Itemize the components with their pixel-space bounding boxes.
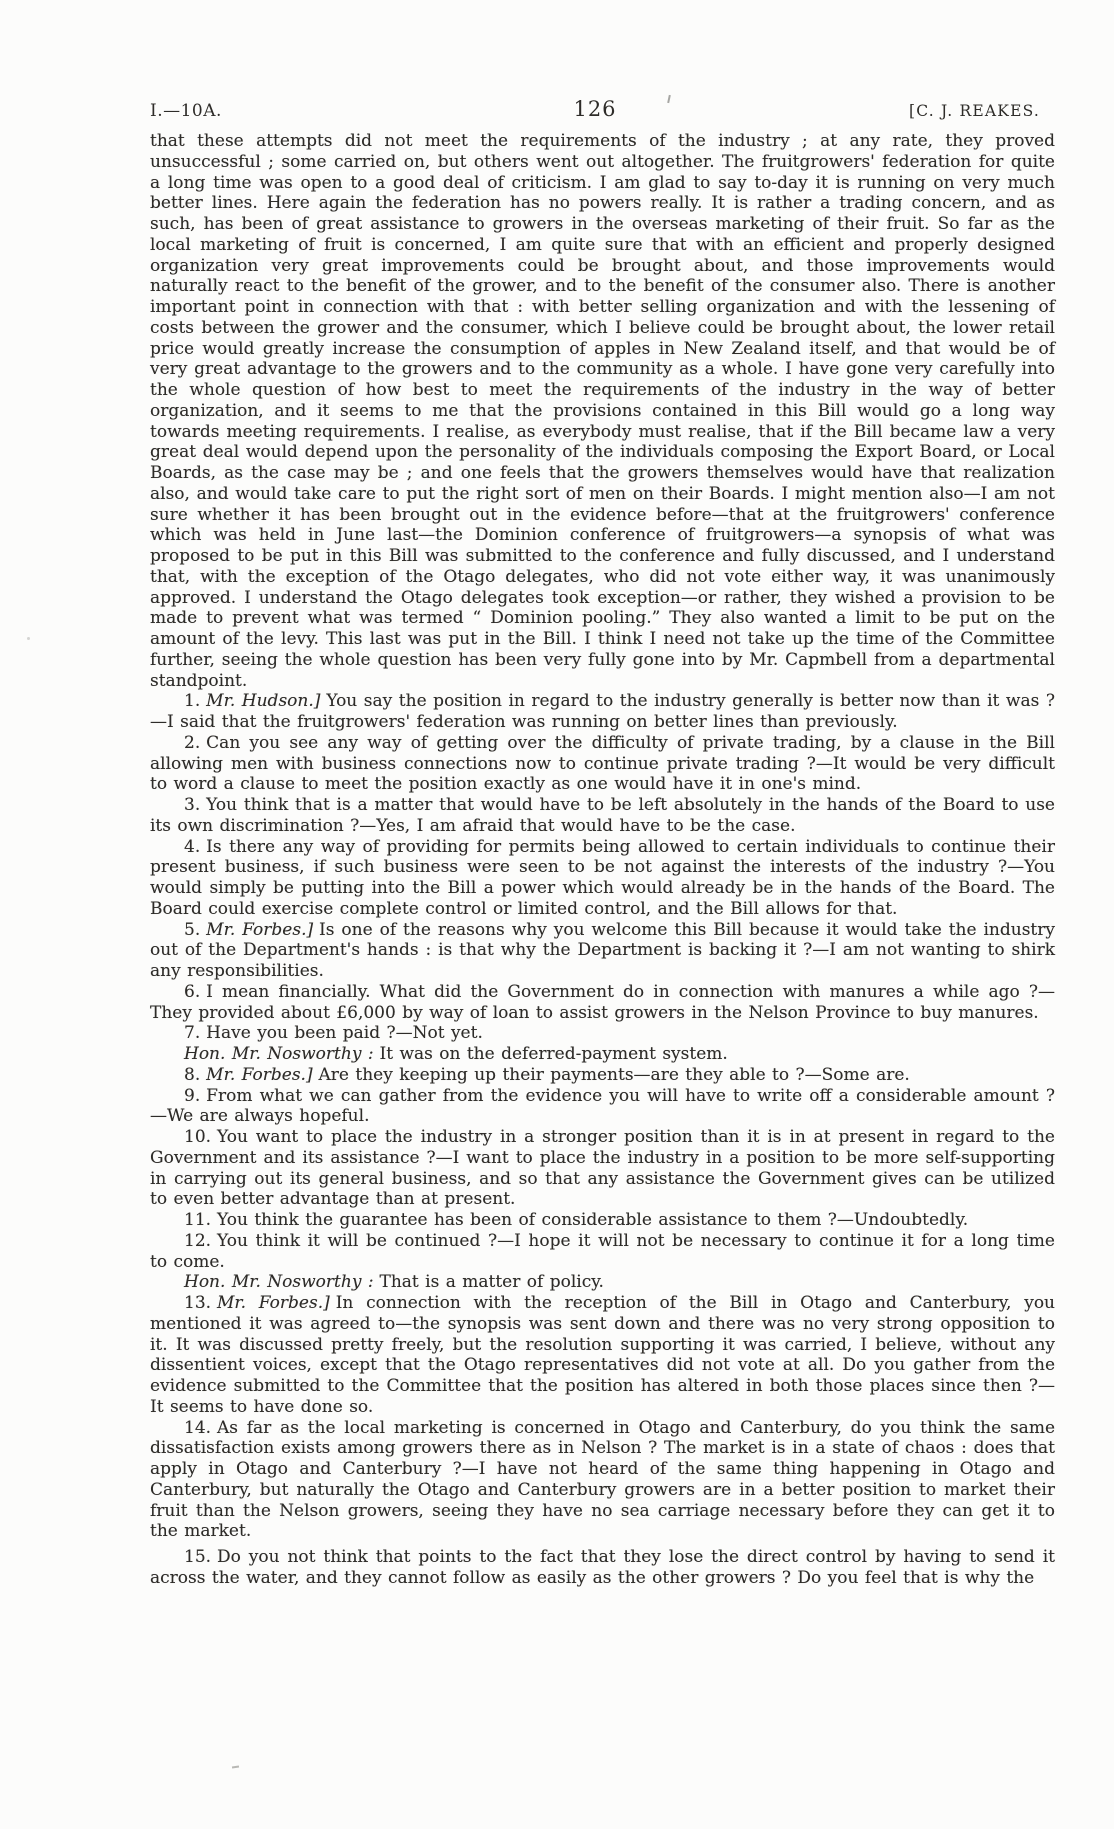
scan-artifact xyxy=(232,1766,239,1769)
qa-text: Can you see any way of getting over the … xyxy=(150,733,1055,795)
testimony-text-column: that these attempts did not meet the req… xyxy=(150,131,1055,1589)
qa-text: Are they keeping up their payments—are t… xyxy=(319,1065,910,1085)
question-number: 1. xyxy=(184,691,200,711)
scan-artifact xyxy=(27,637,30,640)
qa-text: From what we can gather from the evidenc… xyxy=(150,1086,1055,1127)
question-number: 9. xyxy=(184,1086,200,1106)
qa-text: You think it will be continued ?—I hope … xyxy=(150,1231,1055,1272)
witness-attribution: [C. J. REAKES. xyxy=(617,102,1040,120)
testimony-opening-paragraph: that these attempts did not meet the req… xyxy=(150,131,1055,691)
question-number: 15. xyxy=(184,1547,211,1567)
question-number: 14. xyxy=(184,1418,211,1438)
question-number: 4. xyxy=(184,837,200,857)
qa-paragraph-15: 15.Do you not think that points to the f… xyxy=(150,1547,1055,1589)
qa-text: Do you not think that points to the fact… xyxy=(150,1547,1055,1588)
speaker-name: Mr. Hudson.] xyxy=(206,691,320,711)
speaker-name: Mr. Forbes.] xyxy=(206,1065,312,1085)
testimony-text: that these attempts did not meet the req… xyxy=(150,131,1055,691)
qa-paragraph-10: 10.You want to place the industry in a s… xyxy=(150,1127,1055,1210)
volume-reference: I.—10A. xyxy=(150,101,573,121)
running-header: I.—10A. 126 [C. J. REAKES. xyxy=(150,97,1040,121)
question-number: 10. xyxy=(184,1127,211,1147)
speaker-name: Hon. Mr. Nosworthy : xyxy=(184,1044,374,1064)
question-number: 2. xyxy=(184,733,200,753)
qa-paragraph-8: 8.Mr. Forbes.]Are they keeping up their … xyxy=(150,1065,1055,1086)
qa-text: Is there any way of providing for permit… xyxy=(150,837,1055,919)
qa-text: As far as the local marketing is concern… xyxy=(150,1418,1055,1542)
qa-paragraph-7: 7.Have you been paid ?—Not yet. xyxy=(150,1023,1055,1044)
qa-text: It was on the deferred-payment system. xyxy=(380,1044,728,1064)
question-number: 3. xyxy=(184,795,200,815)
question-number: 13. xyxy=(184,1293,211,1313)
speaker-name: Mr. Forbes.] xyxy=(217,1293,330,1313)
question-number: 5. xyxy=(184,920,200,940)
question-number: 11. xyxy=(184,1210,211,1230)
speaker-name: Hon. Mr. Nosworthy : xyxy=(184,1272,374,1292)
qa-paragraph-12: 12.You think it will be continued ?—I ho… xyxy=(150,1231,1055,1273)
qa-paragraph-1: 1.Mr. Hudson.]You say the position in re… xyxy=(150,691,1055,733)
qa-text: You think the guarantee has been of cons… xyxy=(217,1210,968,1230)
qa-paragraph-5: 5.Mr. Forbes.]Is one of the reasons why … xyxy=(150,920,1055,982)
qa-paragraph-11: 11.You think the guarantee has been of c… xyxy=(150,1210,1055,1231)
qa-paragraph-13: 13.Mr. Forbes.]In connection with the re… xyxy=(150,1293,1055,1418)
question-number: 12. xyxy=(184,1231,211,1251)
interjection-paragraph-2: Hon. Mr. Nosworthy :That is a matter of … xyxy=(150,1272,1055,1293)
qa-text: I mean financially. What did the Governm… xyxy=(150,982,1055,1023)
page-number: 126 xyxy=(573,97,616,121)
document-page: I.—10A. 126 [C. J. REAKES. that these at… xyxy=(0,0,1114,1829)
question-number: 8. xyxy=(184,1065,200,1085)
qa-paragraph-9: 9.From what we can gather from the evide… xyxy=(150,1086,1055,1128)
qa-text: Have you been paid ?—Not yet. xyxy=(206,1023,483,1043)
qa-paragraph-2: 2.Can you see any way of getting over th… xyxy=(150,733,1055,795)
qa-text: That is a matter of policy. xyxy=(380,1272,604,1292)
qa-paragraph-3: 3.You think that is a matter that would … xyxy=(150,795,1055,837)
qa-paragraph-14: 14.As far as the local marketing is conc… xyxy=(150,1418,1055,1543)
qa-paragraph-4: 4.Is there any way of providing for perm… xyxy=(150,837,1055,920)
question-number: 6. xyxy=(184,982,200,1002)
interjection-paragraph-1: Hon. Mr. Nosworthy :It was on the deferr… xyxy=(150,1044,1055,1065)
qa-paragraph-6: 6.I mean financially. What did the Gover… xyxy=(150,982,1055,1024)
qa-text: You think that is a matter that would ha… xyxy=(150,795,1055,836)
question-number: 7. xyxy=(184,1023,200,1043)
speaker-name: Mr. Forbes.] xyxy=(206,920,313,940)
qa-text: You want to place the industry in a stro… xyxy=(150,1127,1055,1209)
